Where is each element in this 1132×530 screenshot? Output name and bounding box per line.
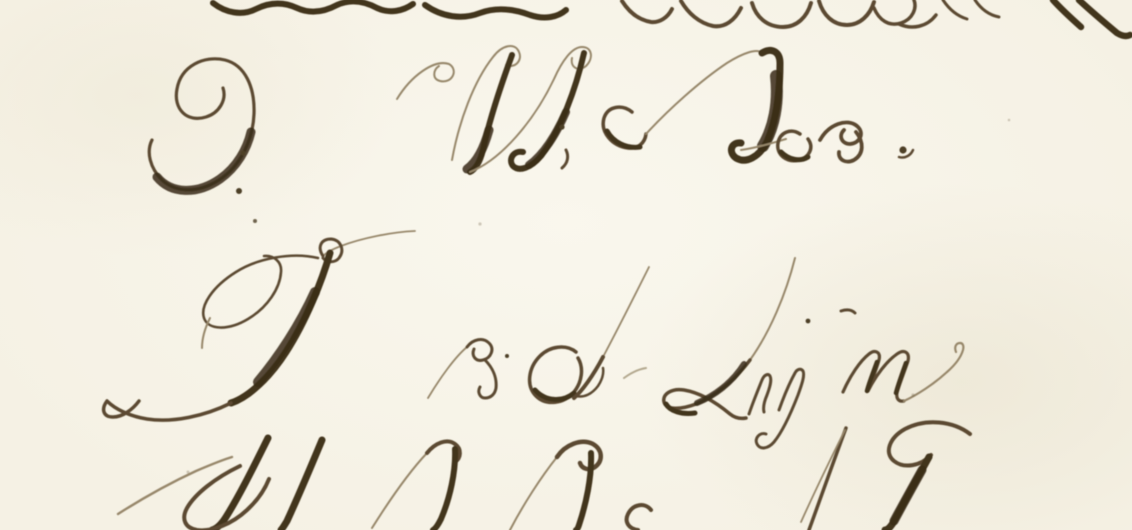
signature-line-3 bbox=[118, 422, 970, 530]
handwriting-layer bbox=[0, 0, 1132, 530]
signature-line-1 bbox=[149, 46, 913, 223]
manuscript-page: (bottoms of a cut-off handwriting line) … bbox=[0, 0, 1132, 530]
signature-line-2 bbox=[104, 231, 964, 448]
handwriting-line-top-fragment bbox=[213, 0, 1130, 36]
